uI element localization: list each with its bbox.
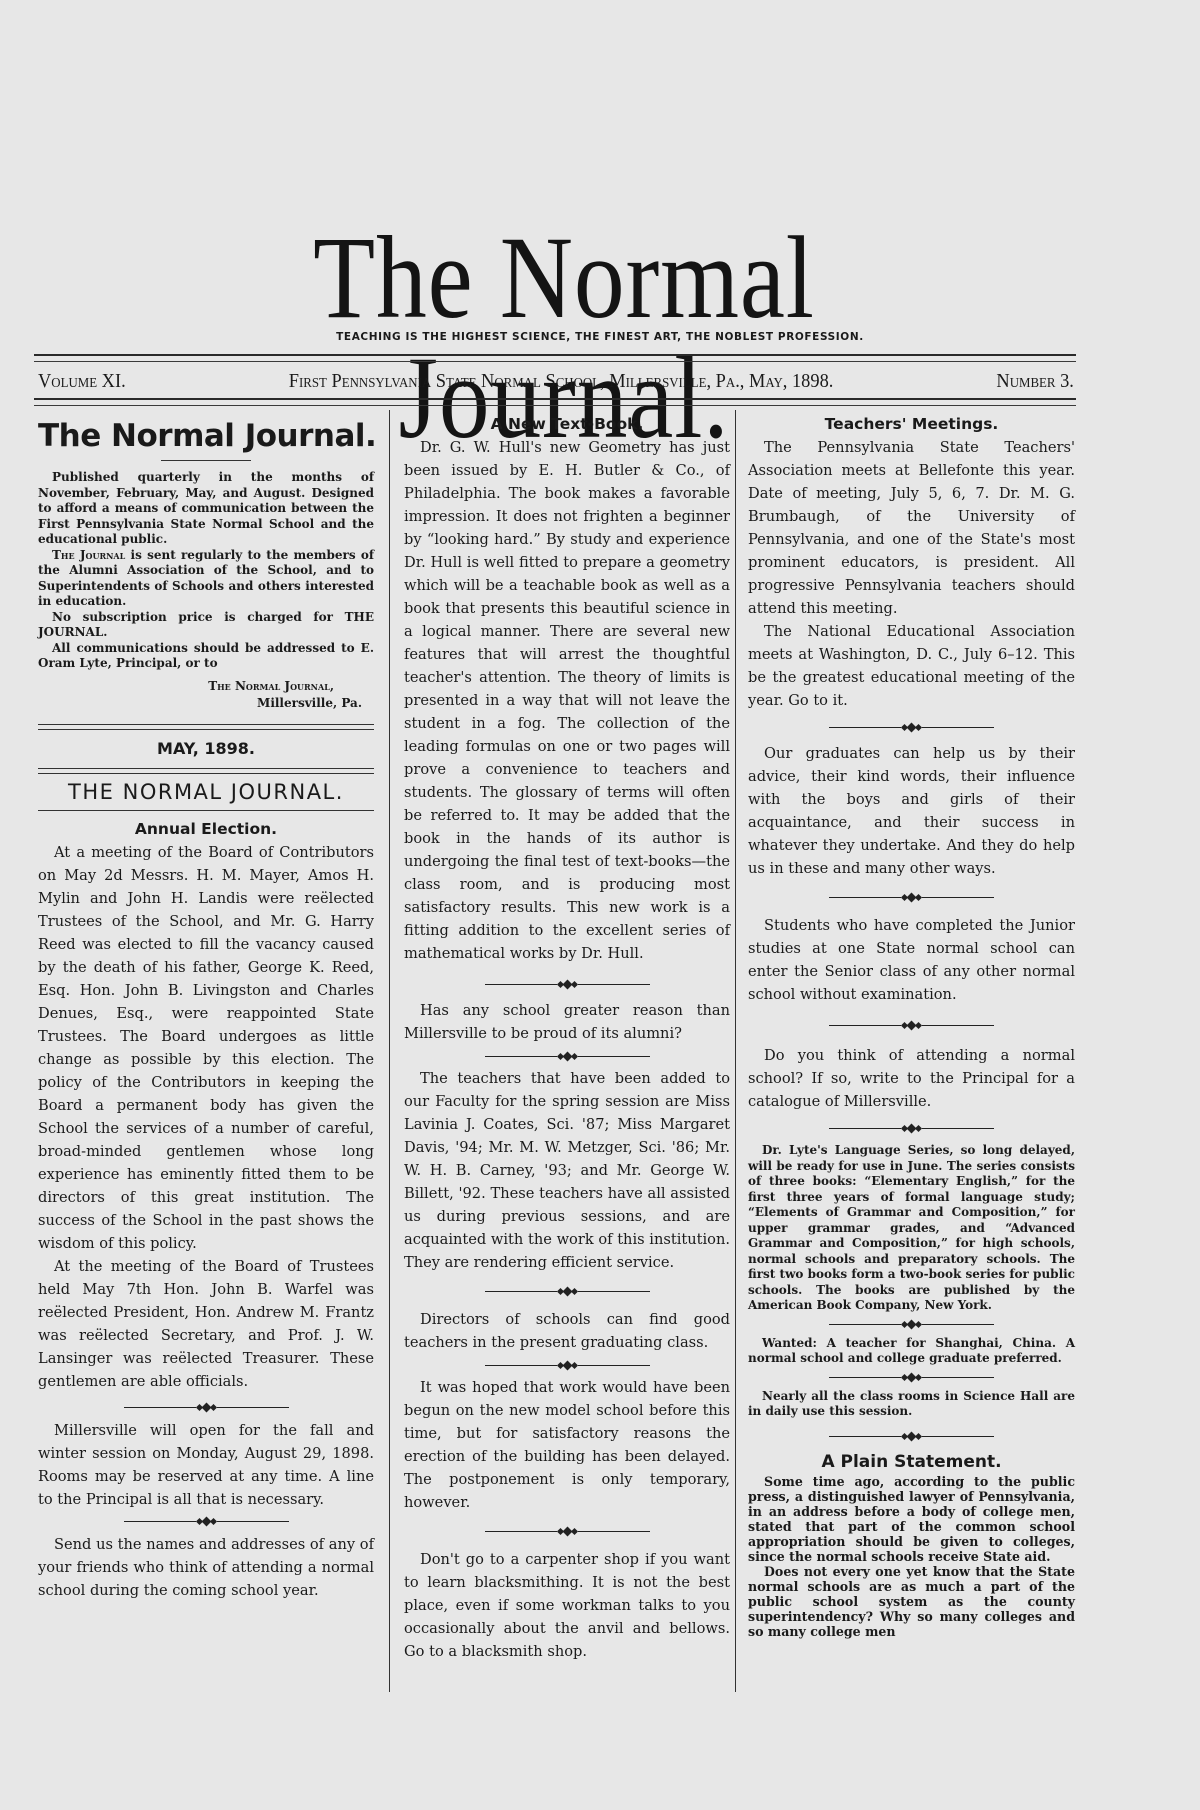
article-paragraph: The Pennsylvania State Teachers' Associa…: [748, 436, 1075, 620]
article-paragraph: The National Educational Association mee…: [748, 620, 1075, 712]
ornament-divider: [748, 1367, 1075, 1389]
article-paragraph: Does not every one yet know that the Sta…: [748, 1564, 1075, 1639]
column-divider-1: [389, 410, 390, 1692]
newspaper-page: The Normal Journal. TEACHING IS THE HIGH…: [0, 0, 1200, 1810]
address-line-1: The Normal Journal,: [38, 678, 364, 695]
news-item: Do you think of attending a normal schoo…: [748, 1044, 1075, 1113]
ornament-divider: [748, 1314, 1075, 1336]
address-block: The Normal Journal, Millersville, Pa.: [38, 678, 364, 712]
ornament-divider: [404, 1045, 730, 1067]
ornament-divider: [748, 716, 1075, 738]
news-item: It was hoped that work would have been b…: [404, 1376, 730, 1514]
masthead-rule-top: [34, 354, 1076, 362]
column-divider-2: [735, 410, 736, 1692]
article-heading-plain-statement: A Plain Statement.: [748, 1450, 1075, 1474]
article-heading-annual-election: Annual Election.: [38, 817, 374, 841]
info-paragraph: All communications should be addressed t…: [38, 641, 374, 672]
news-item-small: Nearly all the class rooms in Science Ha…: [748, 1389, 1075, 1420]
news-item: Directors of schools can find good teach…: [404, 1308, 730, 1354]
issue-line: Volume XI. First Pennsylvania State Norm…: [38, 368, 1074, 394]
article-heading-teachers-meetings: Teachers' Meetings.: [748, 412, 1075, 436]
journal-info-title: The Normal Journal.: [38, 416, 374, 456]
news-item: Millersville will open for the fall and …: [38, 1419, 374, 1511]
news-item-small: Wanted: A teacher for Shanghai, China. A…: [748, 1336, 1075, 1367]
ornament-divider: [748, 1426, 1075, 1448]
info-paragraph: The Journal is sent regularly to the mem…: [38, 548, 374, 610]
article-paragraph: At a meeting of the Board of Contributor…: [38, 841, 374, 1255]
address-line-2: Millersville, Pa.: [38, 695, 364, 712]
ornament-divider: [404, 1354, 730, 1376]
article-paragraph: Dr. G. W. Hull's new Geometry has just b…: [404, 436, 730, 965]
ornament-divider: [404, 973, 730, 995]
news-item: The teachers that have been added to our…: [404, 1067, 730, 1274]
masthead-motto: TEACHING IS THE HIGHEST SCIENCE, THE FIN…: [60, 331, 1140, 343]
column-1: The Normal Journal. Published quarterly …: [38, 412, 374, 1602]
article-paragraph: Some time ago, according to the public p…: [748, 1474, 1075, 1564]
ornament-divider: [748, 1117, 1075, 1139]
ornament-divider: [38, 1397, 374, 1419]
ornament-divider: [748, 886, 1075, 908]
article-plain-statement: A Plain Statement. Some time ago, accord…: [748, 1450, 1075, 1639]
news-item-small: Dr. Lyte's Language Series, so long dela…: [748, 1143, 1075, 1314]
info-paragraph: No subscription price is charged for THE…: [38, 610, 374, 641]
masthead-rule-bottom: [34, 398, 1076, 406]
ornament-divider: [404, 1520, 730, 1542]
info-paragraph: Published quarterly in the months of Nov…: [38, 470, 374, 548]
ornament-divider: [748, 1014, 1075, 1036]
news-item: Send us the names and addresses of any o…: [38, 1533, 374, 1602]
volume-label: Volume XI.: [38, 370, 126, 393]
journal-ref: The Journal: [52, 548, 125, 562]
ornament-divider: [404, 1280, 730, 1302]
ornament-divider: [38, 1511, 374, 1533]
column-3: Teachers' Meetings. The Pennsylvania Sta…: [748, 412, 1075, 1639]
title-rule: [161, 460, 251, 461]
news-item: Our graduates can help us by their advic…: [748, 742, 1075, 880]
news-item: Don't go to a carpenter shop if you want…: [404, 1548, 730, 1663]
issue-date: MAY, 1898.: [38, 730, 374, 768]
news-item: Has any school greater reason than Mille…: [404, 999, 730, 1045]
section-banner: THE NORMAL JOURNAL.: [38, 774, 374, 811]
publisher-line: First Pennsylvania State Normal School, …: [289, 370, 834, 393]
column-2: A New Text-Book. Dr. G. W. Hull's new Ge…: [404, 412, 730, 1663]
news-item: Students who have completed the Junior s…: [748, 914, 1075, 1006]
issue-number: Number 3.: [996, 370, 1073, 393]
article-paragraph: At the meeting of the Board of Trustees …: [38, 1255, 374, 1393]
article-heading-text-book: A New Text-Book.: [404, 412, 730, 436]
